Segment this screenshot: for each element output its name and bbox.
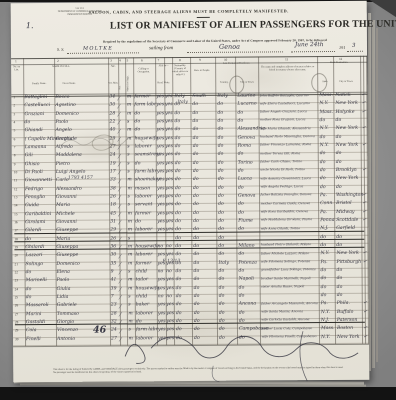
cell-check: ✓	[361, 94, 366, 99]
cell-res_country: do	[218, 153, 224, 158]
cell-ms: m	[128, 212, 132, 217]
cell-res_city: Fiume	[238, 220, 253, 225]
cell-write: yes	[165, 95, 173, 100]
cell-relative: husband Paolo Mineraglia, Genova	[260, 135, 317, 139]
cell-no: 16	[14, 221, 17, 224]
cell-dest_state: Penna	[320, 219, 334, 224]
cell-relative: father Vincenzo Lamanna, Roma	[260, 144, 317, 148]
cell-dest_city: do	[337, 269, 343, 274]
cell-age: 24	[110, 154, 116, 159]
cell-family: Graziani	[24, 113, 44, 118]
cell-age: 31	[110, 221, 116, 226]
cell-write: yes	[165, 104, 173, 109]
pen-stroke: ∕	[118, 102, 119, 110]
cell-dest_state: do	[320, 152, 326, 157]
cell-relative: father Arcangelo Massaroli, Ancona	[261, 302, 318, 306]
cell-dest_city: do	[336, 136, 342, 141]
cell-res_city: Napoli	[239, 278, 254, 283]
cell-occupation: farmer	[135, 262, 151, 267]
cell-nationality: do	[175, 162, 181, 167]
cell-no: 10	[14, 171, 17, 174]
cell-occupation: mason	[135, 187, 150, 192]
pen-stroke: ∕	[119, 211, 120, 219]
col-header-last_res: Last Permanent Residence.	[215, 62, 258, 65]
cell-res_city: do	[239, 286, 245, 291]
cell-no: 6	[14, 138, 16, 141]
cell-race: do	[193, 145, 199, 150]
cell-occupation: farmer	[135, 212, 151, 217]
col-header-final_dest: Final Destination.	[318, 61, 360, 64]
cell-race: do	[194, 295, 200, 300]
pen-stroke: ∕	[119, 169, 120, 177]
cell-dest_state: Mass.	[319, 94, 333, 99]
pen-stroke: ∕	[119, 219, 120, 227]
cell-res_country: do	[218, 178, 224, 183]
photo-background: List 14 A DEPARTMENT OF COMMERCE AND LAB…	[0, 0, 396, 400]
cell-given: Maria	[56, 204, 70, 209]
cell-write: yes	[166, 303, 174, 308]
column-number: 8	[179, 58, 181, 62]
cell-no: 3	[13, 113, 15, 116]
cell-ms: s	[127, 120, 129, 125]
pen-stroke: ∕	[119, 261, 120, 269]
cell-relative: wife Maria Ghiandi, Alessandria	[260, 127, 317, 131]
cell-family: Guida	[25, 204, 39, 209]
cell-read: yes	[157, 154, 165, 159]
cell-relative: John Ruffolo Battaglia, Laurino	[260, 94, 317, 98]
cell-read: yes	[157, 179, 165, 184]
cell-race: do	[193, 195, 199, 200]
cell-check: ✓	[361, 110, 366, 115]
cell-race: do	[193, 153, 199, 158]
col-header-relative: The name and complete address of nearest…	[259, 65, 316, 71]
cell-read: yes	[158, 304, 166, 309]
cell-write: yes	[166, 278, 174, 283]
cell-write: no	[166, 295, 172, 300]
col-header-sex: Sex.	[119, 86, 122, 90]
cell-res_city: do	[237, 111, 243, 116]
column-number: 4	[119, 58, 121, 62]
cell-dest_city: New York	[336, 252, 359, 257]
cell-read: yes	[157, 129, 165, 134]
cell-dest_state: N.Y.	[320, 127, 329, 132]
cell-write: yes	[166, 220, 174, 225]
cell-check: ✓	[362, 210, 367, 215]
cell-res_city: Ancona	[239, 303, 256, 308]
cell-dest_city: Scottdale	[336, 219, 358, 224]
pen-stroke: ∕	[119, 177, 120, 185]
cell-dest_city: Brooklyn	[336, 169, 357, 174]
cell-family: Solingo	[25, 263, 43, 268]
cell-dest_state: N.Y.	[320, 144, 329, 149]
cell-res_country: do	[219, 303, 225, 308]
cell-check: ✓	[361, 127, 366, 132]
cell-check: ✓	[361, 169, 366, 174]
pen-stroke: ∕	[119, 202, 120, 210]
cell-dest_state: do	[320, 169, 326, 174]
cell-dest_city: do	[335, 119, 341, 124]
cell-res_country: do	[218, 137, 224, 142]
cell-race: do	[194, 270, 200, 275]
cell-nationality: do	[176, 303, 182, 308]
cell-dest_state: do	[321, 294, 327, 299]
cell-dest_city: New York	[336, 144, 359, 149]
cell-ms: m	[127, 179, 131, 184]
cell-age: 28	[109, 112, 115, 117]
cell-no: 21	[14, 263, 17, 266]
cell-occupation: servant	[135, 204, 152, 209]
cell-given: Giovanni	[56, 221, 77, 226]
cell-res_city: do	[238, 170, 244, 175]
cell-nationality: do	[175, 203, 181, 208]
cell-check: ✓	[362, 252, 367, 257]
cell-family: Massaroli	[26, 304, 49, 309]
cell-ms: s	[127, 154, 129, 159]
cell-dest_city: Holyoke	[335, 111, 354, 116]
cell-relative: father Michele Lazzari, Milano	[261, 252, 318, 256]
pencil-scribble	[58, 128, 148, 155]
cell-age: 22	[110, 121, 116, 126]
pen-stroke: ∕	[120, 286, 121, 294]
cell-res_country: do	[218, 253, 224, 258]
cell-read: yes	[157, 254, 165, 259]
pen-stroke: ∕	[120, 302, 121, 310]
cell-no: 24	[15, 288, 18, 291]
cell-dest_state: do	[321, 269, 327, 274]
cell-nationality: do	[175, 128, 181, 133]
col-header-family: Family Name.	[25, 82, 53, 85]
col-header-dest_city: City or Town.	[334, 80, 358, 83]
cell-dest_city: do	[336, 161, 342, 166]
cell-res_city: do	[238, 253, 244, 258]
cell-write: yes	[166, 212, 174, 217]
cell-res_city: Potenza	[238, 261, 256, 266]
cell-write: yes	[166, 203, 174, 208]
cell-nationality: do	[175, 153, 181, 158]
cell-family: Girolami	[25, 221, 45, 226]
cell-ms: m	[127, 112, 131, 117]
cell-given: Giulia	[57, 288, 71, 293]
cell-race: do	[193, 187, 199, 192]
cell-res_country: do	[217, 112, 223, 117]
cell-no: 4	[14, 121, 16, 124]
cell-ms: m	[127, 187, 131, 192]
cell-no: 1	[13, 96, 15, 99]
cell-race: do	[193, 137, 199, 142]
cell-check: ✓	[362, 218, 367, 223]
cell-occupation: child	[136, 270, 147, 275]
cell-relative: wife Angela Fedrigo, Lucca	[260, 185, 317, 189]
cell-family: Lazzari	[25, 254, 42, 259]
col-header-yrs_mos: Yrs. Mos.	[106, 81, 120, 84]
pen-stroke: ∕	[118, 94, 119, 102]
cell-no: 2	[13, 105, 15, 108]
cell-write: yes	[166, 253, 174, 258]
cell-read: yes	[157, 145, 165, 150]
cell-no: 14	[14, 205, 17, 208]
cell-given: Giovanni	[56, 196, 77, 201]
cell-family: Fenoglio	[25, 196, 45, 201]
cell-occupation: farmer	[134, 95, 150, 100]
cell-age: 18	[110, 204, 116, 209]
cell-family: do	[26, 288, 32, 293]
column-number: 11	[285, 57, 288, 61]
cell-dest_state: Mass.	[319, 111, 333, 116]
cell-no: 7	[14, 146, 16, 149]
cell-check: ✓	[362, 202, 367, 207]
column-number: 9	[199, 58, 201, 62]
cell-dest_state: N.Y.	[319, 102, 328, 107]
cell-given: Paolo	[57, 279, 70, 284]
cell-dest_city: do	[337, 286, 343, 291]
cell-res_city: Genova	[238, 136, 255, 141]
cell-relative: wife Assunta Giovannetti, Lucca	[260, 177, 317, 181]
cell-nationality: do	[176, 278, 182, 283]
cell-read: yes	[157, 195, 165, 200]
cell-read: yes	[157, 120, 165, 125]
cell-age: 34	[109, 96, 115, 101]
cell-relative: father Battista Fenoglio, Genova	[261, 194, 318, 198]
cell-race: do	[193, 253, 199, 258]
cell-race: do	[193, 120, 199, 125]
col-header-given: Given Name.	[55, 82, 83, 85]
cell-given: Michele	[56, 213, 75, 218]
cell-age: 9	[111, 271, 114, 276]
cell-res_city: do	[238, 211, 244, 216]
cell-read: no	[158, 295, 164, 300]
cell-dest_state: Conn.	[320, 202, 334, 207]
cell-read: yes	[157, 212, 165, 217]
cell-family: Di Paoli	[25, 171, 43, 176]
cell-dest_city: do	[337, 277, 343, 282]
cell-occupation: child	[136, 295, 147, 300]
cell-given: Antonio	[57, 337, 75, 342]
col-header-no: No. on List.	[11, 65, 22, 71]
cell-no: 25	[15, 296, 18, 299]
cell-dest_state: N.Y.	[320, 252, 329, 257]
cell-res_city: Lucarno	[237, 103, 256, 108]
cell-age: 30	[110, 254, 116, 259]
column-number: 7	[158, 58, 160, 62]
cell-read: yes	[157, 187, 165, 192]
cell-family: Marinelli	[26, 279, 47, 284]
cell-family: Fedrigo	[25, 188, 43, 193]
cell-read: yes	[157, 137, 165, 142]
cell-race: do	[193, 220, 199, 225]
cell-race: do	[192, 112, 198, 117]
cell-dest_state: do	[320, 161, 326, 166]
cell-given: Domenico	[55, 113, 78, 118]
cell-relative: mother Carmela Guida, Genova	[261, 202, 318, 206]
marginal-annotation: Italy	[177, 100, 188, 105]
pen-stroke: ∕	[120, 294, 121, 302]
cell-relative: wife Maddalena Girolami, Fiume	[261, 219, 318, 223]
pen-stroke: ∕	[120, 277, 121, 285]
cell-no: 12	[14, 188, 17, 191]
cell-race: do	[194, 278, 200, 283]
cell-relative: father Carlo Ghisio, Torino	[260, 160, 317, 164]
cell-relative: mother Rosa Graziani, Lucca	[260, 119, 317, 123]
cell-given: Pietro	[56, 163, 70, 168]
cell-res_city: do	[239, 270, 245, 275]
cell-ms: m	[128, 254, 132, 259]
cell-ms: s	[127, 162, 129, 167]
cell-occupation: do	[135, 220, 141, 225]
cell-dest_city: Natick	[335, 94, 350, 99]
cell-ms: s	[127, 170, 129, 175]
cell-read: yes	[156, 104, 164, 109]
cell-no: 22	[15, 271, 18, 274]
cell-res_city: do	[238, 120, 244, 125]
cell-ms: s	[128, 195, 130, 200]
cell-family: Gili	[25, 154, 33, 159]
cell-given: Alessandro	[56, 187, 82, 192]
cell-age: 38	[110, 187, 116, 192]
cell-res_country: Italy	[218, 261, 229, 266]
punch-hole-mark	[229, 76, 244, 94]
cell-write: yes	[165, 112, 173, 117]
cell-relative: uncle Nicola Di Paoli, Torino	[260, 169, 317, 173]
cell-nationality: do	[175, 178, 181, 183]
cell-relative: sister Amalia Russo, Napoli	[261, 285, 318, 289]
cell-race: do	[193, 178, 199, 183]
cell-no: 23	[15, 280, 18, 283]
cell-family: Giovannetti	[25, 179, 52, 184]
cell-read: yes	[156, 95, 164, 100]
cell-age: 23	[111, 304, 117, 309]
cell-dest_city: Phila.	[337, 302, 350, 307]
cell-dest_state: do	[321, 286, 327, 291]
cell-family: Finelli	[26, 338, 41, 343]
cell-res_country: do	[217, 103, 223, 108]
cell-race: do	[193, 170, 199, 175]
cell-given: Giuseppe	[56, 254, 78, 259]
cell-given: Vincenzo	[57, 329, 78, 334]
cell-no: 15	[14, 213, 17, 216]
cell-write: yes	[165, 145, 173, 150]
cell-dest_city: Washington	[336, 194, 363, 199]
cell-nationality: do	[175, 195, 181, 200]
cell-res_country: do	[218, 128, 224, 133]
cell-dest_state: Pa.	[320, 261, 327, 266]
cell-res_country: do	[218, 170, 224, 175]
cell-nationality: do	[176, 270, 182, 275]
cell-occupation: do	[134, 112, 140, 117]
cell-occupation: farm labr	[135, 170, 157, 175]
cell-dest_state: Pa.	[321, 302, 328, 307]
cell-relative: wife Filomena Solingo, Potenza	[261, 260, 318, 264]
cell-res_country: do	[218, 220, 224, 225]
cell-no: 9	[14, 163, 16, 166]
cell-ms: m	[127, 96, 131, 101]
column-number: 5	[127, 58, 129, 62]
cell-res_city: Lucca	[238, 178, 252, 183]
cell-check: ✓	[362, 302, 367, 307]
cell-ms: s	[128, 204, 130, 209]
cell-given: Gabriele	[57, 304, 77, 309]
cell-family: Ghisio	[25, 163, 40, 168]
cell-dest_state: do	[319, 119, 325, 124]
page-stack-edge	[372, 20, 375, 368]
cell-res_country: do	[218, 186, 224, 191]
marginal-annotation: 1793 4157	[68, 176, 93, 181]
cell-dest_state: Pa.	[320, 211, 327, 216]
cell-dest_state: do	[320, 136, 326, 141]
cell-ms: s	[128, 270, 130, 275]
cell-given: Carlo	[56, 179, 69, 184]
manifest-document: List 14 A DEPARTMENT OF COMMERCE AND LAB…	[11, 1, 370, 382]
cell-age: 41	[111, 279, 117, 284]
cell-family: Battaglini	[24, 96, 47, 101]
cell-ms: s	[128, 295, 130, 300]
cell-res_country: do	[219, 278, 225, 283]
pen-stroke: ∕	[119, 161, 120, 169]
cell-family: Lamanna	[25, 146, 47, 151]
cell-dest_city: Midway	[336, 211, 354, 216]
cell-given: Agostino	[55, 104, 75, 109]
cell-dest_city: New York	[336, 127, 359, 132]
cell-no: 8	[14, 155, 16, 158]
cell-write: yes	[165, 162, 173, 167]
cell-occupation: tailor	[136, 279, 149, 284]
cell-age: 7	[111, 296, 114, 301]
cell-dest_city: do	[336, 152, 342, 157]
punch-hole-mark	[311, 73, 327, 92]
col-header-race: Race or People.	[190, 69, 214, 72]
cell-relative: wife Elvira Castellucci, Lucarno	[260, 102, 317, 106]
cell-given: Domenico	[56, 262, 79, 267]
cell-occupation: do	[135, 162, 141, 167]
cell-write: yes	[165, 129, 173, 134]
cell-age: 33	[110, 179, 116, 184]
column-number: 1	[15, 59, 17, 63]
cell-write: no	[166, 270, 172, 275]
cell-family: do	[26, 271, 32, 276]
cell-ms: m	[128, 279, 132, 284]
column-number: 2	[57, 59, 59, 63]
cell-dest_city: New York	[336, 177, 359, 182]
cell-res_country: do	[218, 161, 224, 166]
cell-occupation: housewife	[136, 287, 160, 292]
cell-no: 13	[14, 196, 17, 199]
cell-occupation: baker	[136, 304, 149, 309]
cell-occupation: laborer	[135, 195, 152, 200]
cell-ms: m	[128, 262, 132, 267]
cell-res_country: do	[218, 145, 224, 150]
cell-race: do	[193, 262, 199, 267]
column-number: 6	[141, 58, 143, 62]
pen-stroke: ∕	[119, 186, 120, 194]
cell-ms: m	[127, 104, 131, 109]
cell-res_country: do	[219, 295, 225, 300]
cell-write: yes	[165, 137, 173, 142]
cell-age: 35	[110, 262, 116, 267]
cell-res_city: Laurino	[237, 95, 255, 100]
cell-dest_state: do	[320, 177, 326, 182]
cell-no: 27	[15, 313, 18, 316]
cell-age: 45	[110, 212, 116, 217]
cell-given: Tommaso	[57, 312, 79, 317]
cell-given: Paolo	[56, 121, 69, 126]
cell-family: Marini	[26, 313, 42, 318]
cell-write: yes	[166, 287, 174, 292]
cell-read: yes	[157, 162, 165, 167]
cell-ms: s	[128, 304, 130, 309]
cell-dest_city: New York	[335, 102, 358, 107]
cell-res_country: Italy	[217, 95, 228, 100]
cell-age: 24	[111, 329, 117, 334]
cell-nationality: do	[175, 137, 181, 142]
